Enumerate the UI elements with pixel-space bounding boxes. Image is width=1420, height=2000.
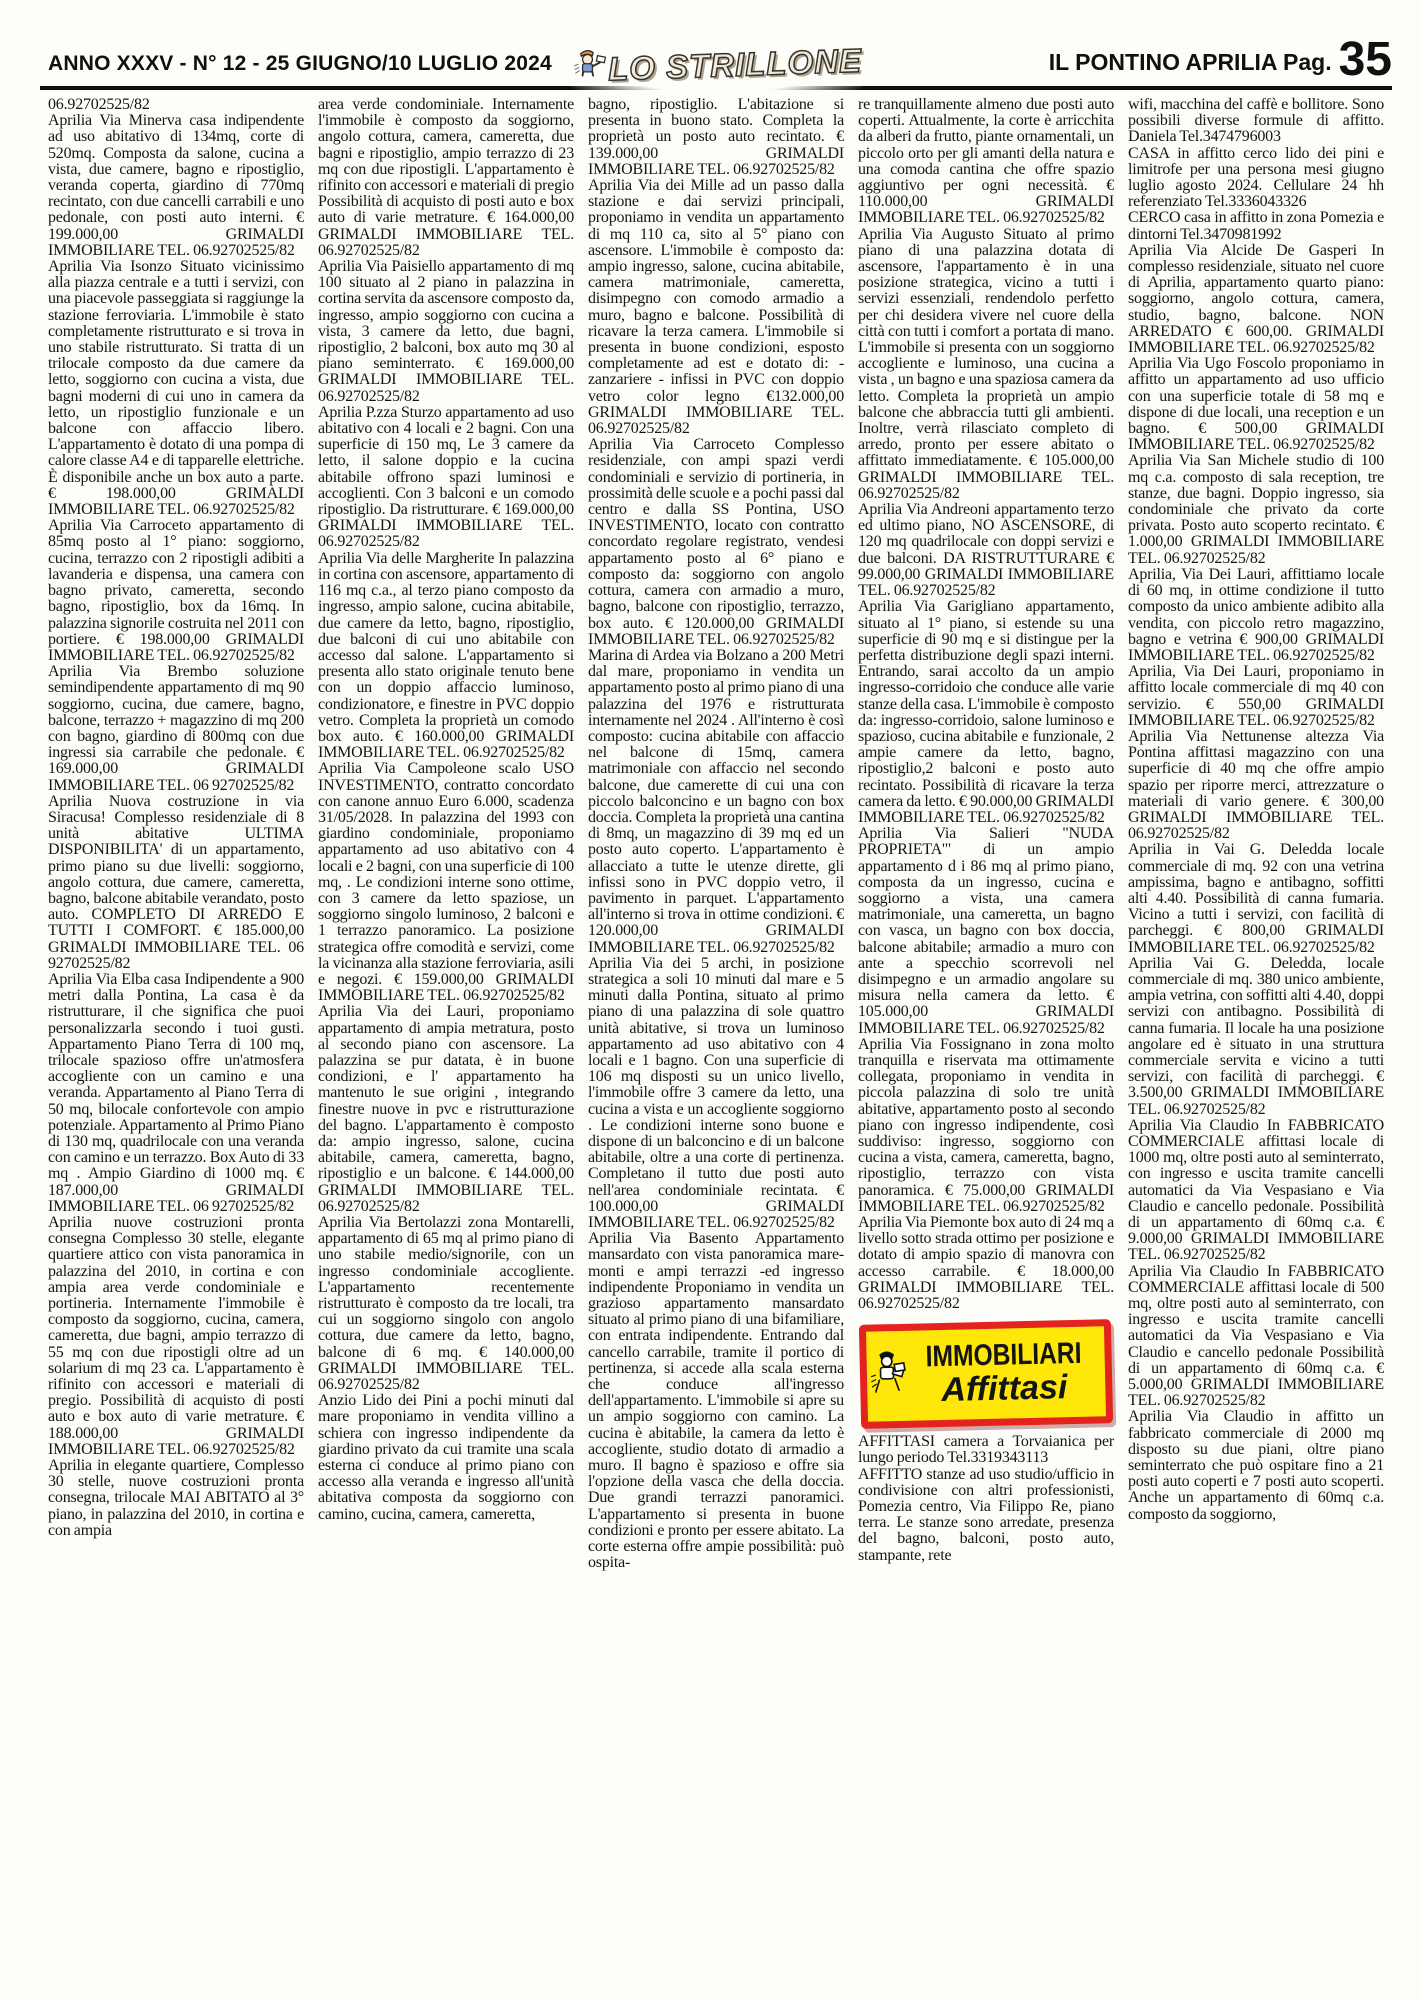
classified-ad: Aprilia Via Carroceto Complesso residenz… xyxy=(588,437,844,648)
page-info: IL PONTINO APRILIA Pag. 35 xyxy=(1049,40,1392,79)
classified-ad: wifi, macchina del caffè e bollitore. So… xyxy=(1128,97,1384,146)
classified-ad: Aprilia Via Carroceto appartamento di 85… xyxy=(48,518,304,664)
classified-ad: Aprilia Via Paisiello appartamento di mq… xyxy=(318,259,574,405)
classified-ad: Aprilia Via dei 5 archi, in posizione st… xyxy=(588,956,844,1231)
classified-ad: Aprilia Via San Michele studio di 100 mq… xyxy=(1128,453,1384,566)
classified-ad: Aprilia Via Elba casa Indipendente a 900… xyxy=(48,972,304,1215)
classified-ad: Marina di Ardea via Bolzano a 200 Metri … xyxy=(588,648,844,956)
classified-ad: AFFITTASI camera a Torvaianica per lungo… xyxy=(858,1434,1114,1466)
classifieds-area: 06.92702525/82Aprilia Via Minerva casa i… xyxy=(48,97,1384,1571)
banner-subtitle: Affittasi xyxy=(909,1370,1100,1410)
column-5: wifi, macchina del caffè e bollitore. So… xyxy=(1128,97,1384,1571)
classified-ad: Aprilia Via Nettunense altezza Via Ponti… xyxy=(1128,729,1384,842)
classified-ad: Aprilia Nuova costruzione in via Siracus… xyxy=(48,794,304,972)
classified-ad: Aprilia Via Claudio In FABBRICATO COMMER… xyxy=(1128,1264,1384,1410)
classified-ad: Aprilia Via Ugo Foscolo proponiamo in af… xyxy=(1128,356,1384,453)
column-1: 06.92702525/82Aprilia Via Minerva casa i… xyxy=(48,97,304,1571)
classified-ad: Aprilia Via Garigliano appartamento, sit… xyxy=(858,599,1114,826)
classified-ad: Aprilia in elegante quartiere, Complesso… xyxy=(48,1458,304,1539)
masthead-logo: LO STRILLONE xyxy=(572,32,862,98)
issue-info: ANNO XXXV - N° 12 - 25 GIUGNO/10 LUGLIO … xyxy=(48,52,552,76)
classified-ad: Aprilia Via Claudio In FABBRICATO COMMER… xyxy=(1128,1118,1384,1264)
classified-ad: Aprilia Via Brembo soluzione semindipend… xyxy=(48,664,304,794)
classified-ad: Aprilia Via Salieri "NUDA PROPRIETA'" di… xyxy=(858,826,1114,1037)
classified-ad: re tranquillamente almeno due posti auto… xyxy=(858,97,1114,227)
classified-ad: Aprilia Via Bertolazzi zona Montarelli, … xyxy=(318,1215,574,1393)
classified-ad: CASA in affitto cerco lido dei pini e li… xyxy=(1128,146,1384,211)
classified-ad: Aprilia Via Andreoni appartamento terzo … xyxy=(858,502,1114,599)
classified-ad: Aprilia Via Fossignano in zona molto tra… xyxy=(858,1037,1114,1215)
classified-ad: AFFITTO stanze ad uso studio/ufficio in … xyxy=(858,1467,1114,1564)
classified-ad: Aprilia Via Isonzo Situato vicinissimo a… xyxy=(48,259,304,518)
classified-ad: Aprilia Via dei Mille ad un passo dalla … xyxy=(588,178,844,437)
classified-ad: Aprilia Via dei Lauri, proponiamo appart… xyxy=(318,1004,574,1215)
classified-ad: area verde condominiale. Internamente l'… xyxy=(318,97,574,259)
masthead-title: LO STRILLONE xyxy=(607,42,862,89)
classified-ad: bagno, ripostiglio. L'abitazione si pres… xyxy=(588,97,844,178)
classified-ad: Anzio Lido dei Pini a pochi minuti dal m… xyxy=(318,1393,574,1523)
column-4: re tranquillamente almeno due posti auto… xyxy=(858,97,1114,1571)
classified-ad: Aprilia Via Alcide De Gasperi In comples… xyxy=(1128,243,1384,356)
classified-ad: Aprilia Via Piemonte box auto di 24 mq a… xyxy=(858,1215,1114,1312)
classified-ad: Aprilia Via Minerva casa indipendente ad… xyxy=(48,113,304,259)
banner-title: IMMOBILIARI xyxy=(925,1338,1081,1373)
classified-ad: Aprilia Vai G. Deledda, locale commercia… xyxy=(1128,956,1384,1118)
classified-ad: Aprilia nuove costruzioni pronta consegn… xyxy=(48,1215,304,1458)
classified-ad: CERCO casa in affitto in zona Pomezia e … xyxy=(1128,210,1384,242)
classified-ad: Aprilia, Via Dei Lauri, proponiamo in af… xyxy=(1128,664,1384,729)
column-2: area verde condominiale. Internamente l'… xyxy=(318,97,574,1571)
classified-ad: Aprilia Via Basento Appartamento mansard… xyxy=(588,1231,844,1571)
newspaper-page: ANNO XXXV - N° 12 - 25 GIUGNO/10 LUGLIO … xyxy=(0,0,1420,2000)
classified-ad: Aprilia, Via Dei Lauri, affittiamo local… xyxy=(1128,567,1384,664)
classified-ad: Aprilia in Vai G. Deledda locale commerc… xyxy=(1128,842,1384,955)
classified-ad: Aprilia P.zza Sturzo appartamento ad uso… xyxy=(318,405,574,551)
classified-ad: 06.92702525/82 xyxy=(48,97,304,113)
strillone-mascot-icon xyxy=(572,36,608,94)
immobiliari-affittasi-banner: IMMOBILIARI Affittasi xyxy=(859,1319,1113,1429)
classified-ad: Aprilia Via Campoleone scalo USO INVESTI… xyxy=(318,761,574,1004)
newsboy-icon xyxy=(868,1334,910,1419)
classified-ad: Aprilia Via Augusto Situato al primo pia… xyxy=(858,227,1114,502)
classified-ad: Aprilia Via delle Margherite In palazzin… xyxy=(318,551,574,762)
publication-name: IL PONTINO APRILIA Pag. xyxy=(1049,51,1332,79)
column-3: bagno, ripostiglio. L'abitazione si pres… xyxy=(588,97,844,1571)
page-number: 35 xyxy=(1339,40,1392,79)
classified-ad: Aprilia Via Claudio in affitto un fabbri… xyxy=(1128,1409,1384,1522)
